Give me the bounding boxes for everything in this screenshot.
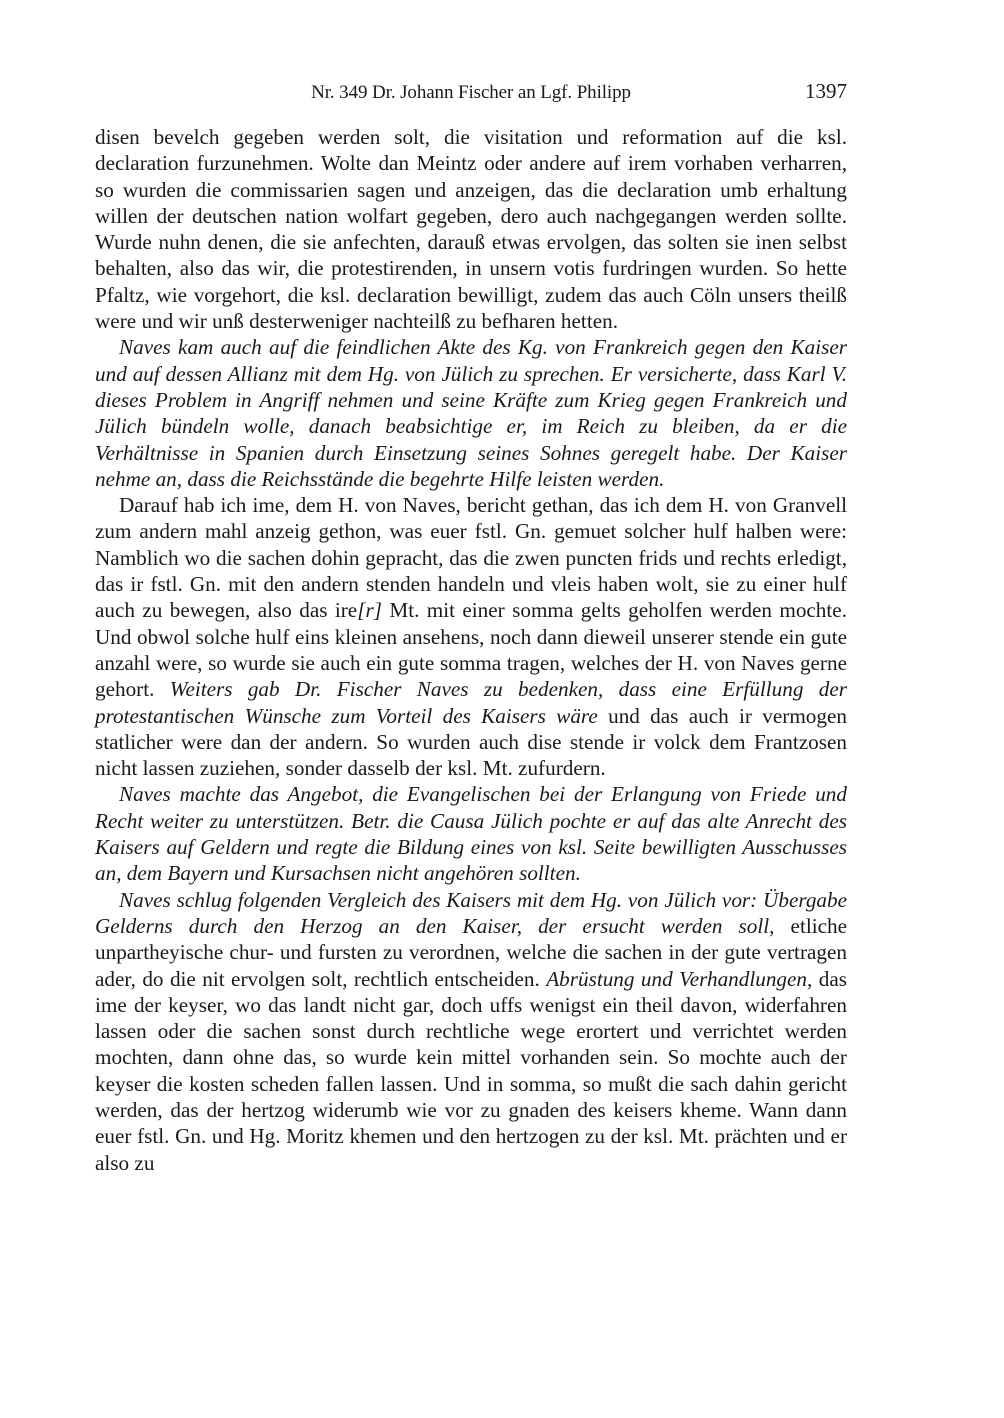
paragraph-1: disen bevelch gegeben werden solt, die v… [95,124,847,334]
italic-summary: Abrüstung und Verhandlungen, [546,967,812,991]
italic-summary: Naves kam auch auf die feindlichen Akte … [95,335,847,490]
text-segment: disen bevelch gegeben werden solt, die v… [95,125,847,333]
running-header: Nr. 349 Dr. Johann Fischer an Lgf. Phili… [95,78,847,108]
page-number: 1397 [805,76,847,106]
document-page: Nr. 349 Dr. Johann Fischer an Lgf. Phili… [95,78,847,1176]
paragraph-4-summary: Naves machte das Angebot, die Evangelisc… [95,781,847,886]
paragraph-5: Naves schlug folgenden Vergleich des Kai… [95,887,847,1176]
italic-summary: Naves machte das Angebot, die Evangelisc… [95,782,847,885]
italic-summary: Naves schlug folgenden Vergleich des Kai… [95,888,847,938]
editorial-emendation: [r] [357,598,382,622]
running-title: Nr. 349 Dr. Johann Fischer an Lgf. Phili… [95,78,847,108]
body-text: disen bevelch gegeben werden solt, die v… [95,124,847,1176]
paragraph-3: Darauf hab ich ime, dem H. von Naves, be… [95,492,847,781]
paragraph-2-summary: Naves kam auch auf die feindlichen Akte … [95,334,847,492]
text-segment: das ime der keyser, wo das landt nicht g… [95,967,847,1175]
